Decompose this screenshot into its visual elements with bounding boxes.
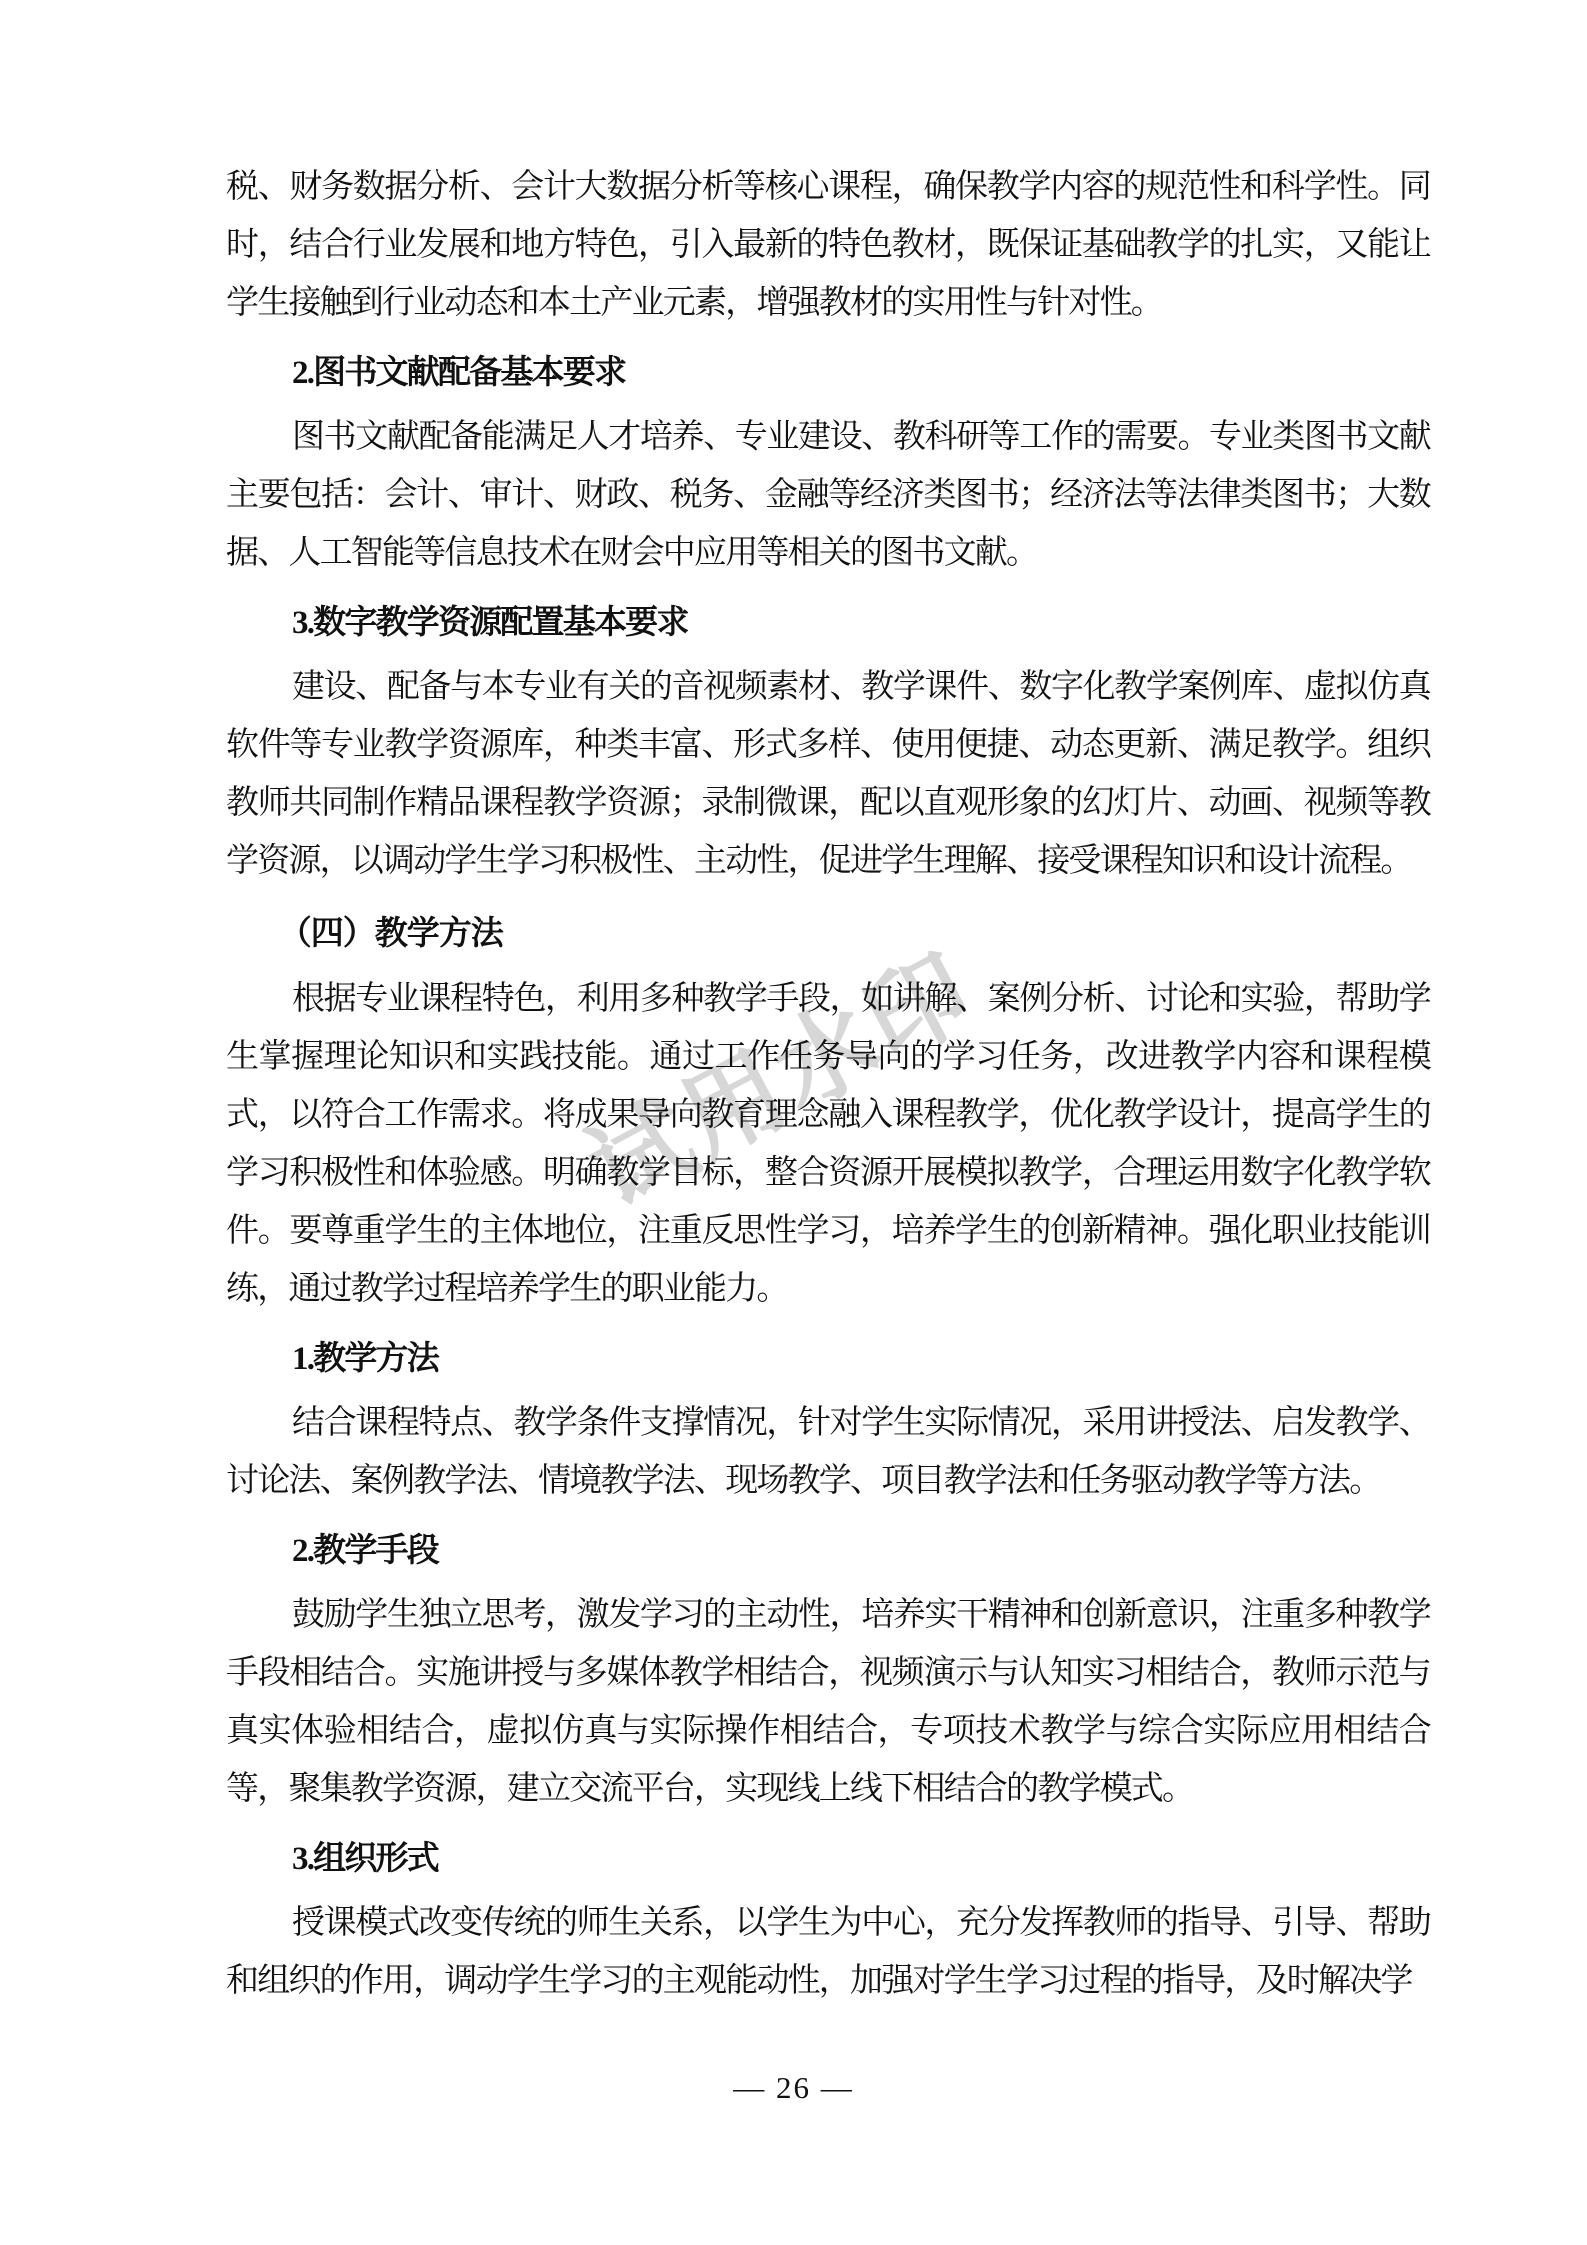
body-paragraph: 根据专业课程特色，利用多种教学手段，如讲解、案例分析、讨论和实验，帮助学生掌握理… xyxy=(226,970,1430,1318)
section-heading: 3.组织形式 xyxy=(226,1830,1430,1888)
section-heading: 2.图书文献配备基本要求 xyxy=(226,344,1430,402)
section-heading: 2.教学手段 xyxy=(226,1522,1430,1580)
document-body: 税、财务数据分析、会计大数据分析等核心课程，确保教学内容的规范性和科学性。同时，… xyxy=(226,158,1430,2010)
body-paragraph: 建设、配备与本专业有关的音视频素材、教学课件、数字化教学案例库、虚拟仿真软件等专… xyxy=(226,658,1430,890)
body-paragraph: 税、财务数据分析、会计大数据分析等核心课程，确保教学内容的规范性和科学性。同时，… xyxy=(226,158,1430,332)
body-paragraph: 鼓励学生独立思考，激发学习的主动性，培养实干精神和创新意识，注重多种教学手段相结… xyxy=(226,1586,1430,1818)
body-paragraph: 授课模式改变传统的师生关系，以学生为中心，充分发挥教师的指导、引导、帮助和组织的… xyxy=(226,1894,1430,2010)
page-number: — 26 — xyxy=(733,2070,854,2105)
body-paragraph: 图书文献配备能满足人才培养、专业建设、教科研等工作的需要。专业类图书文献主要包括… xyxy=(226,408,1430,582)
document-page: 试用水印 税、财务数据分析、会计大数据分析等核心课程，确保教学内容的规范性和科学… xyxy=(0,0,1587,2245)
section-heading: 3.数字教学资源配置基本要求 xyxy=(226,594,1430,652)
section-heading: 1.教学方法 xyxy=(226,1330,1430,1388)
body-paragraph: 结合课程特点、教学条件支撑情况，针对学生实际情况，采用讲授法、启发教学、讨论法、… xyxy=(226,1394,1430,1510)
page-footer: — 26 — xyxy=(0,2070,1587,2106)
section-heading: （四）教学方法 xyxy=(226,904,1430,962)
